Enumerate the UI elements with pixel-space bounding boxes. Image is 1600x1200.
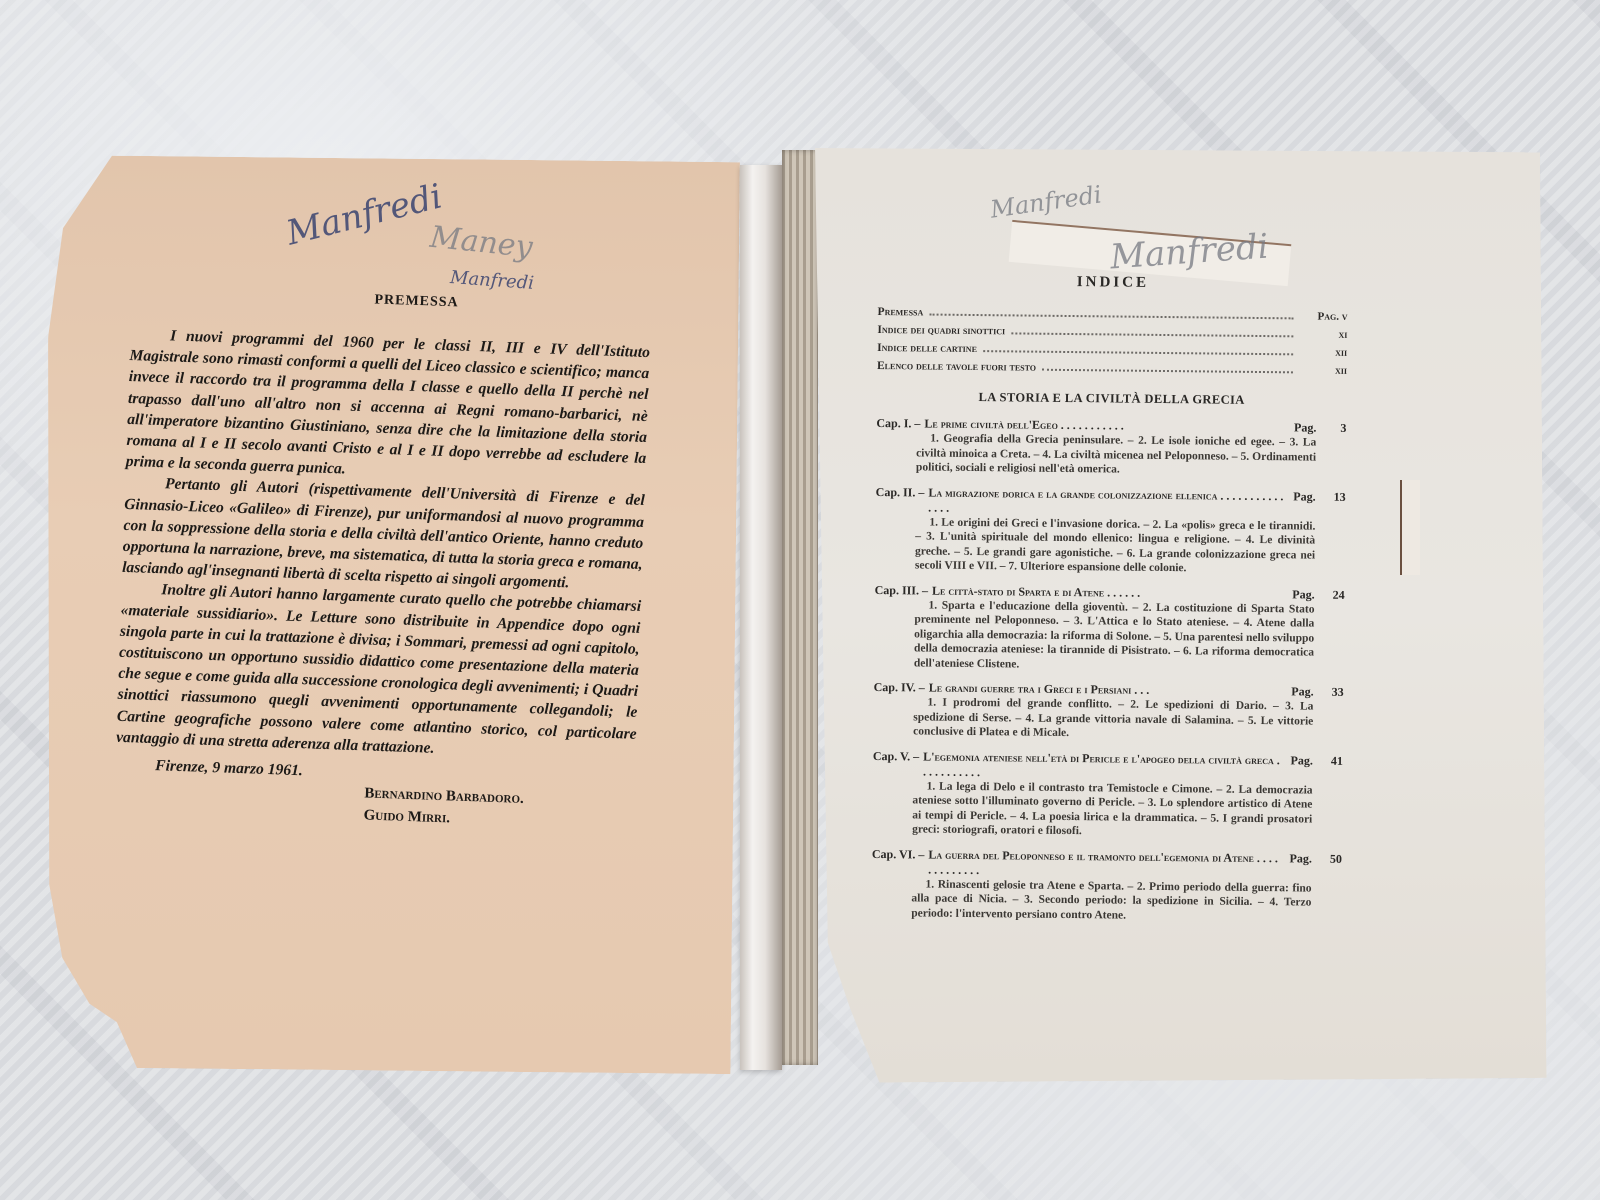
toc-label: Indice delle cartine <box>877 339 977 358</box>
chapter-page: 3 <box>1320 421 1346 436</box>
chapter-list: Cap. I. –Le prime civiltà dell'Egeo . . … <box>871 416 1346 925</box>
chapter-title: L'egemonia ateniese nell'età di Pericle … <box>923 749 1285 783</box>
toc-label: Indice dei quadri sinottici <box>877 321 1005 340</box>
chapter-summary: 1. I prodromi del grande conflitto. – 2.… <box>913 695 1313 743</box>
chapter-summary: 1. Rinascenti gelosie tra Atene e Sparta… <box>911 877 1311 925</box>
chapter-summary: 1. Le origini dei Greci e l'invasione do… <box>915 515 1316 577</box>
page-label: Pag. <box>1292 587 1314 602</box>
chapter-summary: 1. Geografia della Grecia peninsulare. –… <box>916 431 1316 479</box>
toc-entry: Elenco delle tavole fuori testoxii <box>877 357 1347 380</box>
chapter-entry: Cap. VI. –La guerra del Peloponneso e il… <box>871 846 1342 924</box>
chapter-number: Cap. II. – <box>876 484 925 500</box>
leader-dots <box>929 314 1293 320</box>
paragraph: I nuovi programmi del 1960 per le classi… <box>125 324 650 490</box>
chapter-number: Cap. IV. – <box>874 680 925 696</box>
chapter-page: 13 <box>1320 489 1346 504</box>
premessa-text-block: PREMESSA I nuovi programmi del 1960 per … <box>113 284 651 836</box>
chapter-summary: 1. Sparta e l'educazione della gioventù.… <box>914 598 1315 675</box>
indice-text-block: INDICE PremessaPag. v Indice dei quadri … <box>871 272 1348 935</box>
margin-note <box>1400 480 1420 575</box>
chapter-page: 50 <box>1316 851 1342 866</box>
chapter-summary: 1. La lega di Delo e il contrasto tra Te… <box>912 779 1313 841</box>
toc-label: Elenco delle tavole fuori testo <box>877 357 1036 377</box>
chapter-number: Cap. VI. – <box>872 846 925 862</box>
page-label: Pag. <box>1289 851 1311 866</box>
book-spine-binding <box>782 150 818 1065</box>
leader-dots <box>1011 332 1293 337</box>
toc-page: xii <box>1299 361 1347 380</box>
page-label: Pag. <box>1293 489 1315 504</box>
chapter-entry: Cap. II. –La migrazione dorica e la gran… <box>875 484 1346 577</box>
chapter-number: Cap. I. – <box>876 416 920 431</box>
page-label: Pag. <box>1294 420 1316 435</box>
paragraph: Pertanto gli Autori (rispettivamente del… <box>122 472 645 596</box>
toc-page: xii <box>1299 343 1347 362</box>
chapter-entry: Cap. I. –Le prime civiltà dell'Egeo . . … <box>876 416 1347 479</box>
chapter-page: 24 <box>1319 587 1345 602</box>
chapter-heading: Cap. VI. –La guerra del Peloponneso e il… <box>872 846 1342 881</box>
chapter-entry: Cap. V. –L'egemonia ateniese nell'età di… <box>872 748 1343 841</box>
chapter-number: Cap. V. – <box>873 748 919 763</box>
toc-page: Pag. v <box>1299 307 1347 326</box>
chapter-number: Cap. III. – <box>875 582 929 598</box>
chapter-heading: Cap. V. –L'egemonia ateniese nell'età di… <box>873 748 1343 783</box>
page-label: Pag. <box>1290 753 1312 768</box>
paragraph: Inoltre gli Autori hanno largamente cura… <box>116 578 642 766</box>
chapter-entry: Cap. III. –Le città-stato di Sparta e di… <box>874 582 1345 674</box>
page-title: INDICE <box>878 272 1348 294</box>
leader-dots <box>983 350 1293 355</box>
chapter-title: La guerra del Peloponneso e il tramonto … <box>928 847 1283 881</box>
section-title: LA STORIA E LA CIVILTÀ DELLA GRECIA <box>877 389 1347 409</box>
page-label: Pag. <box>1291 684 1313 699</box>
chapter-heading: Cap. II. –La migrazione dorica e la gran… <box>875 484 1345 519</box>
chapter-page: 41 <box>1317 753 1343 768</box>
leader-dots <box>1042 369 1293 374</box>
book-spine-torn-cover <box>740 165 782 1070</box>
chapter-page: 33 <box>1318 685 1344 700</box>
chapter-entry: Cap. IV. –Le grandi guerre tra i Greci e… <box>873 680 1344 743</box>
toc-label: Premessa <box>877 303 923 321</box>
chapter-title: La migrazione dorica e la grande coloniz… <box>928 485 1287 519</box>
toc-page: xi <box>1299 325 1347 344</box>
